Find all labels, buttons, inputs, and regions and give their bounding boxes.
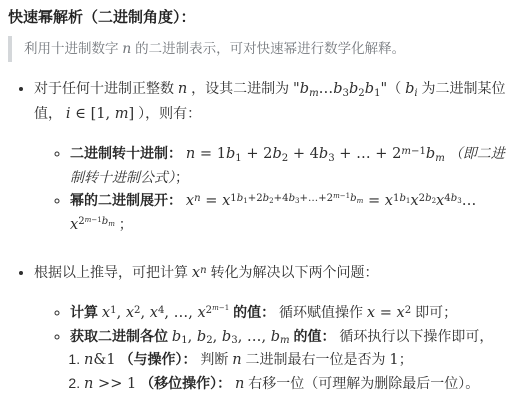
blockquote: 利用十进制数字 n 的二进制表示，可对快速幂进行数学化解释。	[8, 36, 510, 62]
list-item-power-expansion: 幂的二进制展开： xn = x1b1+2b2+4b3+…+2m−1bm = x1…	[70, 189, 510, 236]
compute-powers-text: 计算 x1, x2, x4, …, x2m−1 的值： 循环赋值操作 x = x…	[70, 304, 457, 320]
list-item-two-problems: 根据以上推导，可把计算 xn 转化为解决以下两个问题： 计算 x1, x2, x…	[34, 260, 510, 395]
list-item-derivation-setup: 对于任何十进制正整数 n ，设其二进制为 "bm…b3b2b1"（ bi 为二进…	[34, 76, 510, 236]
bullet-list: 对于任何十进制正整数 n ，设其二进制为 "bm…b3b2b1"（ bi 为二进…	[8, 76, 510, 395]
blockquote-text: 利用十进制数字 n 的二进制表示，可对快速幂进行数学化解释。	[24, 38, 504, 60]
step-and-text: n&1 （与操作）： 判断 n 二进制最右一位是否为 1；	[84, 351, 413, 367]
list-item-compute-powers: 计算 x1, x2, x4, …, x2m−1 的值： 循环赋值操作 x = x…	[70, 301, 510, 325]
list-item-get-binary-bits: 获取二进制各位 b1, b2, b3, …, bm 的值： 循环执行以下操作即可…	[70, 325, 510, 396]
steps-list: n&1 （与操作）： 判断 n 二进制最右一位是否为 1； n >> 1 （移位…	[70, 348, 510, 395]
step-shift-text: n >> 1 （移位操作）： n 右移一位（可理解为删除最后一位）。	[84, 375, 479, 391]
two-problems-text: 根据以上推导，可把计算 xn 转化为解决以下两个问题：	[34, 264, 379, 280]
power-expansion-text: 幂的二进制展开： xn = x1b1+2b2+4b3+…+2m−1bm = x1…	[70, 192, 476, 232]
sub-list-problems: 计算 x1, x2, x4, …, x2m−1 的值： 循环赋值操作 x = x…	[34, 301, 510, 395]
derivation-setup-text: 对于任何十进制正整数 n ，设其二进制为 "bm…b3b2b1"（ bi 为二进…	[34, 80, 506, 121]
step-shift-operation: n >> 1 （移位操作）： n 右移一位（可理解为删除最后一位）。	[84, 372, 510, 396]
sub-list-formulas: 二进制转十进制： n = 1b1 + 2b2 + 4b3 + … + 2m−1b…	[34, 142, 510, 236]
list-item-bin-to-dec: 二进制转十进制： n = 1b1 + 2b2 + 4b3 + … + 2m−1b…	[70, 142, 510, 189]
page-title: 快速幂解析（二进制角度）：	[8, 8, 510, 28]
step-and-operation: n&1 （与操作）： 判断 n 二进制最右一位是否为 1；	[84, 348, 510, 372]
bin-to-dec-text: 二进制转十进制： n = 1b1 + 2b2 + 4b3 + … + 2m−1b…	[70, 145, 505, 185]
document-body: 快速幂解析（二进制角度）： 利用十进制数字 n 的二进制表示，可对快速幂进行数学…	[0, 0, 512, 395]
get-binary-bits-text: 获取二进制各位 b1, b2, b3, …, bm 的值： 循环执行以下操作即可…	[70, 328, 493, 344]
